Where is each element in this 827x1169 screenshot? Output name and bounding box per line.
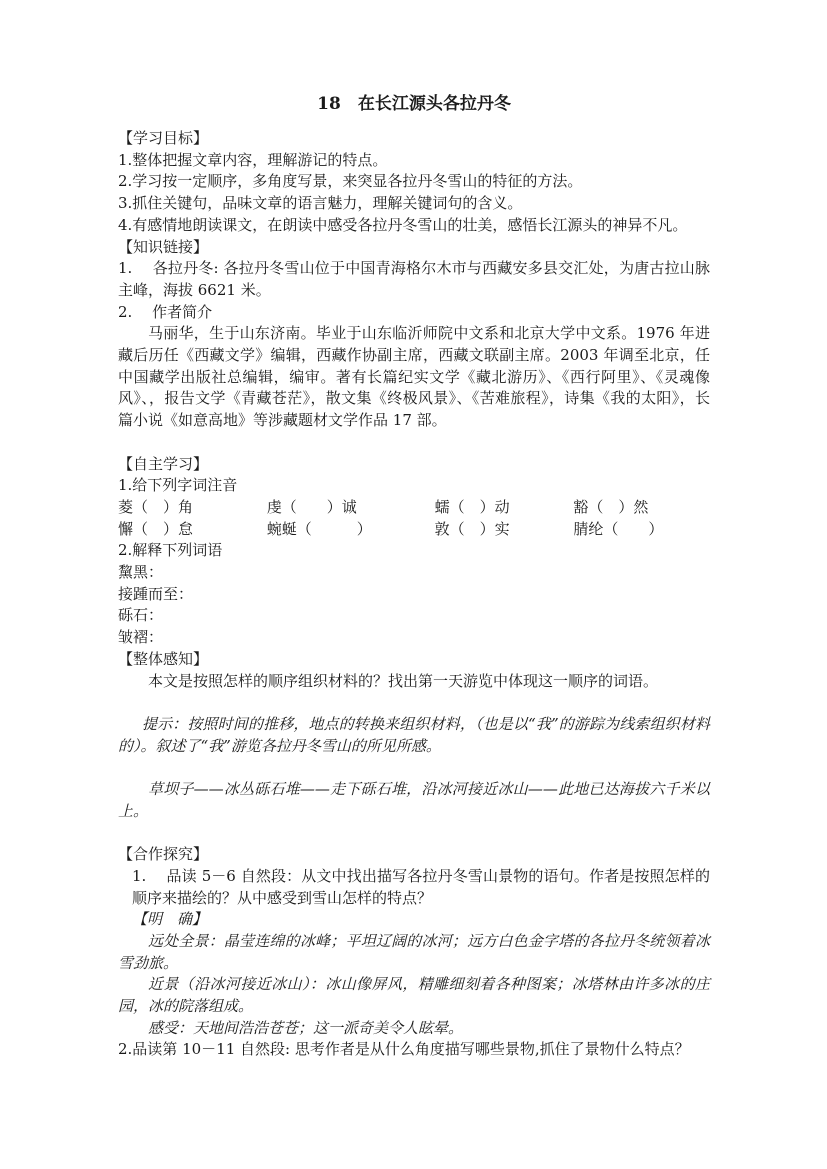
overall-question: 本文是按照怎样的顺序组织材料的？找出第一天游览中体现这一顺序的词语。	[118, 671, 710, 693]
spacer	[118, 822, 710, 844]
coop-question-1: 1. 品读 5－6 自然段：从文中找出描写各拉丹冬雪山景物的语句。作者是按照怎样…	[118, 866, 710, 909]
document-page: 18 在长江源头各拉丹冬 【学习目标】 1.整体把握文章内容，理解游记的特点。 …	[0, 0, 827, 1169]
pinyin-item-huo: 豁（ ）然	[573, 497, 648, 519]
pinyin-item-ling: 菱（ ）角	[118, 497, 262, 519]
self-study-task-terms: 2.解释下列词语	[118, 540, 710, 562]
learning-goal-1: 1.整体把握文章内容，理解游记的特点。	[118, 150, 710, 172]
clear-answer-header: 【明 确】	[118, 909, 710, 931]
self-study-header: 【自主学习】	[118, 454, 710, 476]
term-lihei: 黧黑：	[118, 562, 710, 584]
term-jiezhongerzhi: 接踵而至：	[118, 584, 710, 606]
coop-question-2: 2.品读第 10－11 自然段: 思考作者是从什么角度描写哪些景物,抓住了景物什…	[118, 1039, 710, 1061]
cooperative-header: 【合作探究】	[118, 844, 710, 866]
learning-goal-2: 2.学习按一定顺序，多角度写景，来突显各拉丹冬雪山的特征的方法。	[118, 171, 710, 193]
learning-goal-4: 4.有感情地朗读课文，在朗读中感受各拉丹冬雪山的壮美，感悟长江源头的神异不凡。	[118, 215, 710, 237]
term-lishi: 砾石：	[118, 605, 710, 627]
pinyin-item-xie: 懈（ ）怠	[118, 519, 262, 541]
overall-route: 草坝子——冰丛砾石堆——走下砾石堆，沿冰河接近冰山——此地已达海拔六千米以上。	[118, 779, 710, 822]
pinyin-row-1: 菱（ ）角 虔（ ）诚 蠕（ ）动 豁（ ）然	[118, 497, 710, 519]
term-zhouzhe: 皱褶：	[118, 627, 710, 649]
author-bio: 马丽华，生于山东济南。毕业于山东临沂师院中文系和北京大学中文系。1976 年进藏…	[118, 323, 710, 432]
pinyin-item-jinglun: 腈纶（ ）	[573, 519, 663, 541]
knowledge-links-header: 【知识链接】	[118, 237, 710, 259]
pinyin-item-ru: 蠕（ ）动	[435, 497, 569, 519]
spacer	[118, 432, 710, 454]
knowledge-item-author: 2. 作者简介	[118, 302, 710, 324]
overall-header: 【整体感知】	[118, 649, 710, 671]
learning-goal-3: 3.抓住关键句，品味文章的语言魅力，理解关键词句的含义。	[118, 193, 710, 215]
page-title: 18 在长江源头各拉丹冬	[118, 92, 710, 117]
self-study-task-pinyin: 1.给下列字词注音	[118, 475, 710, 497]
answer-near-view: 近景（沿冰河接近冰山）：冰山像屏风，精雕细刻着各种图案；冰塔林由许多冰的庄园，冰…	[118, 974, 710, 1017]
overall-hint: 提示：按照时间的推移，地点的转换来组织材料，（也是以“我”的游踪为线索组织材料的…	[118, 714, 710, 757]
pinyin-row-2: 懈（ ）怠 蜿蜒（ ） 敦（ ）实 腈纶（ ）	[118, 519, 710, 541]
knowledge-item-gelandong: 1. 各拉丹冬: 各拉丹冬雪山位于中国青海格尔木市与西藏安多县交汇处，为唐古拉山…	[118, 258, 710, 301]
pinyin-item-qian: 虔（ ）诚	[267, 497, 430, 519]
answer-far-view: 远处全景：晶莹连绵的冰峰；平坦辽阔的冰河；远方白色金字塔的各拉丹冬统领着冰雪劲旅…	[118, 931, 710, 974]
pinyin-item-dun: 敦（ ）实	[435, 519, 569, 541]
learning-goals-header: 【学习目标】	[118, 128, 710, 150]
spacer	[118, 757, 710, 779]
spacer	[118, 692, 710, 714]
answer-feeling: 感受：天地间浩浩苍苍；这一派奇美令人眩晕。	[118, 1018, 710, 1040]
pinyin-item-wanyan: 蜿蜒（ ）	[267, 519, 430, 541]
